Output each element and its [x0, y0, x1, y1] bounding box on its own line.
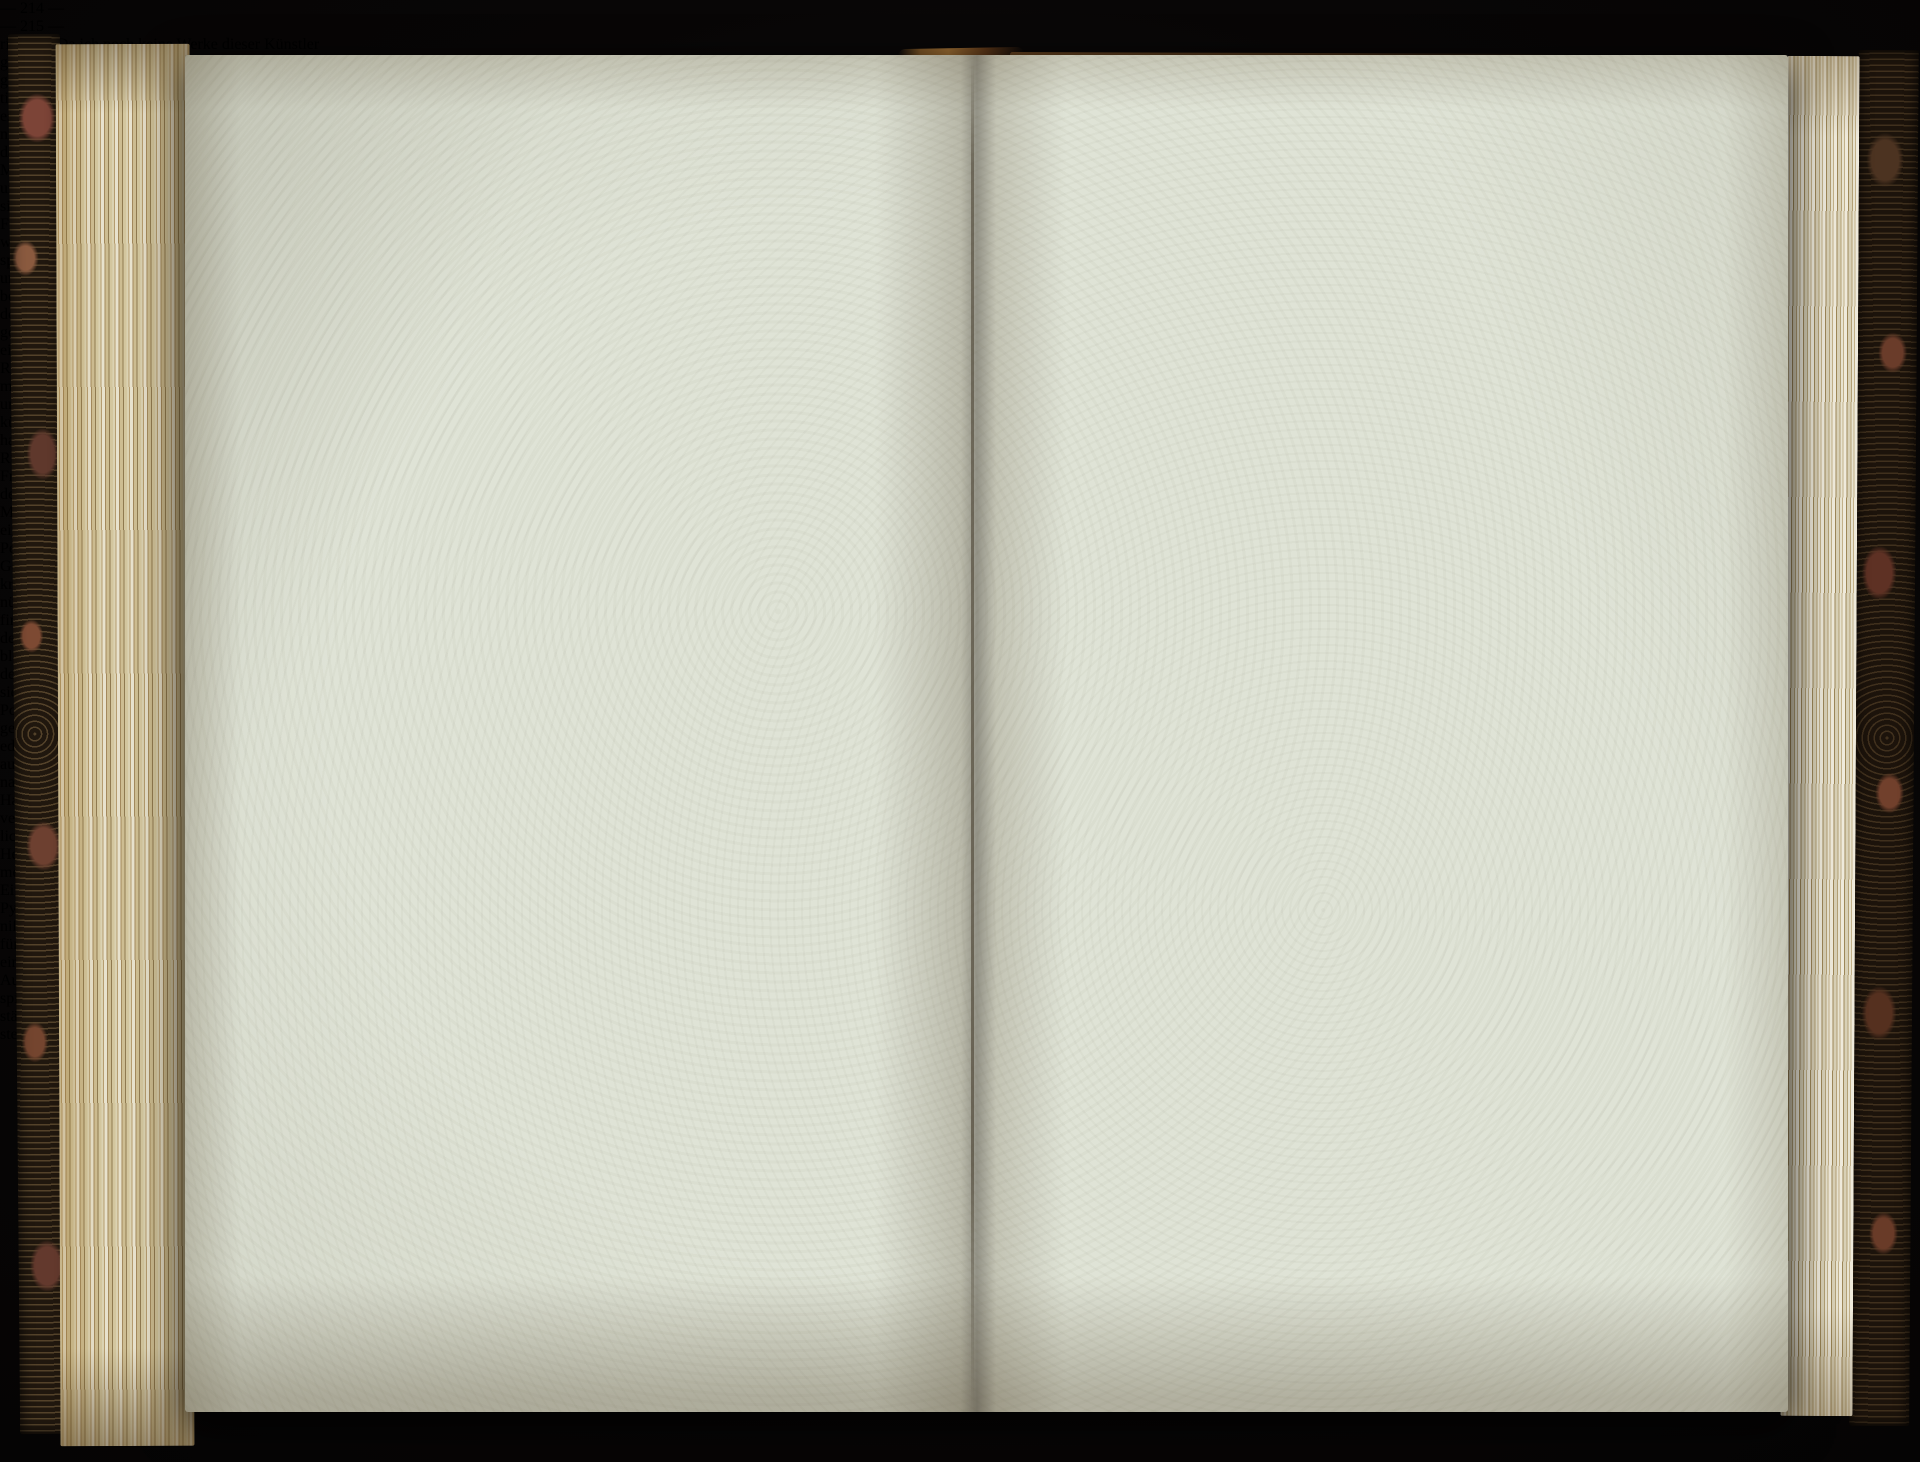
- right-page-header: — 215 —: [0, 18, 1920, 36]
- header-dash: —: [48, 0, 64, 17]
- book-photo: { "spread": { "left_page": { "number": "…: [0, 0, 1920, 1462]
- header-dash: —: [48, 18, 64, 35]
- header-dash: —: [0, 18, 16, 35]
- right-marbled-cover: [1849, 50, 1919, 1426]
- left-page-stack-edge: [56, 44, 195, 1446]
- page-number-right: 215: [20, 18, 44, 35]
- left-page-header: — 214 —: [0, 0, 1920, 18]
- bottom-board-glow: [880, 1416, 1680, 1452]
- header-dash: —: [0, 0, 16, 17]
- open-book-spread: [185, 55, 1788, 1412]
- page-number-left: 214: [20, 0, 44, 17]
- right-page-stack-edge: [1780, 56, 1859, 1416]
